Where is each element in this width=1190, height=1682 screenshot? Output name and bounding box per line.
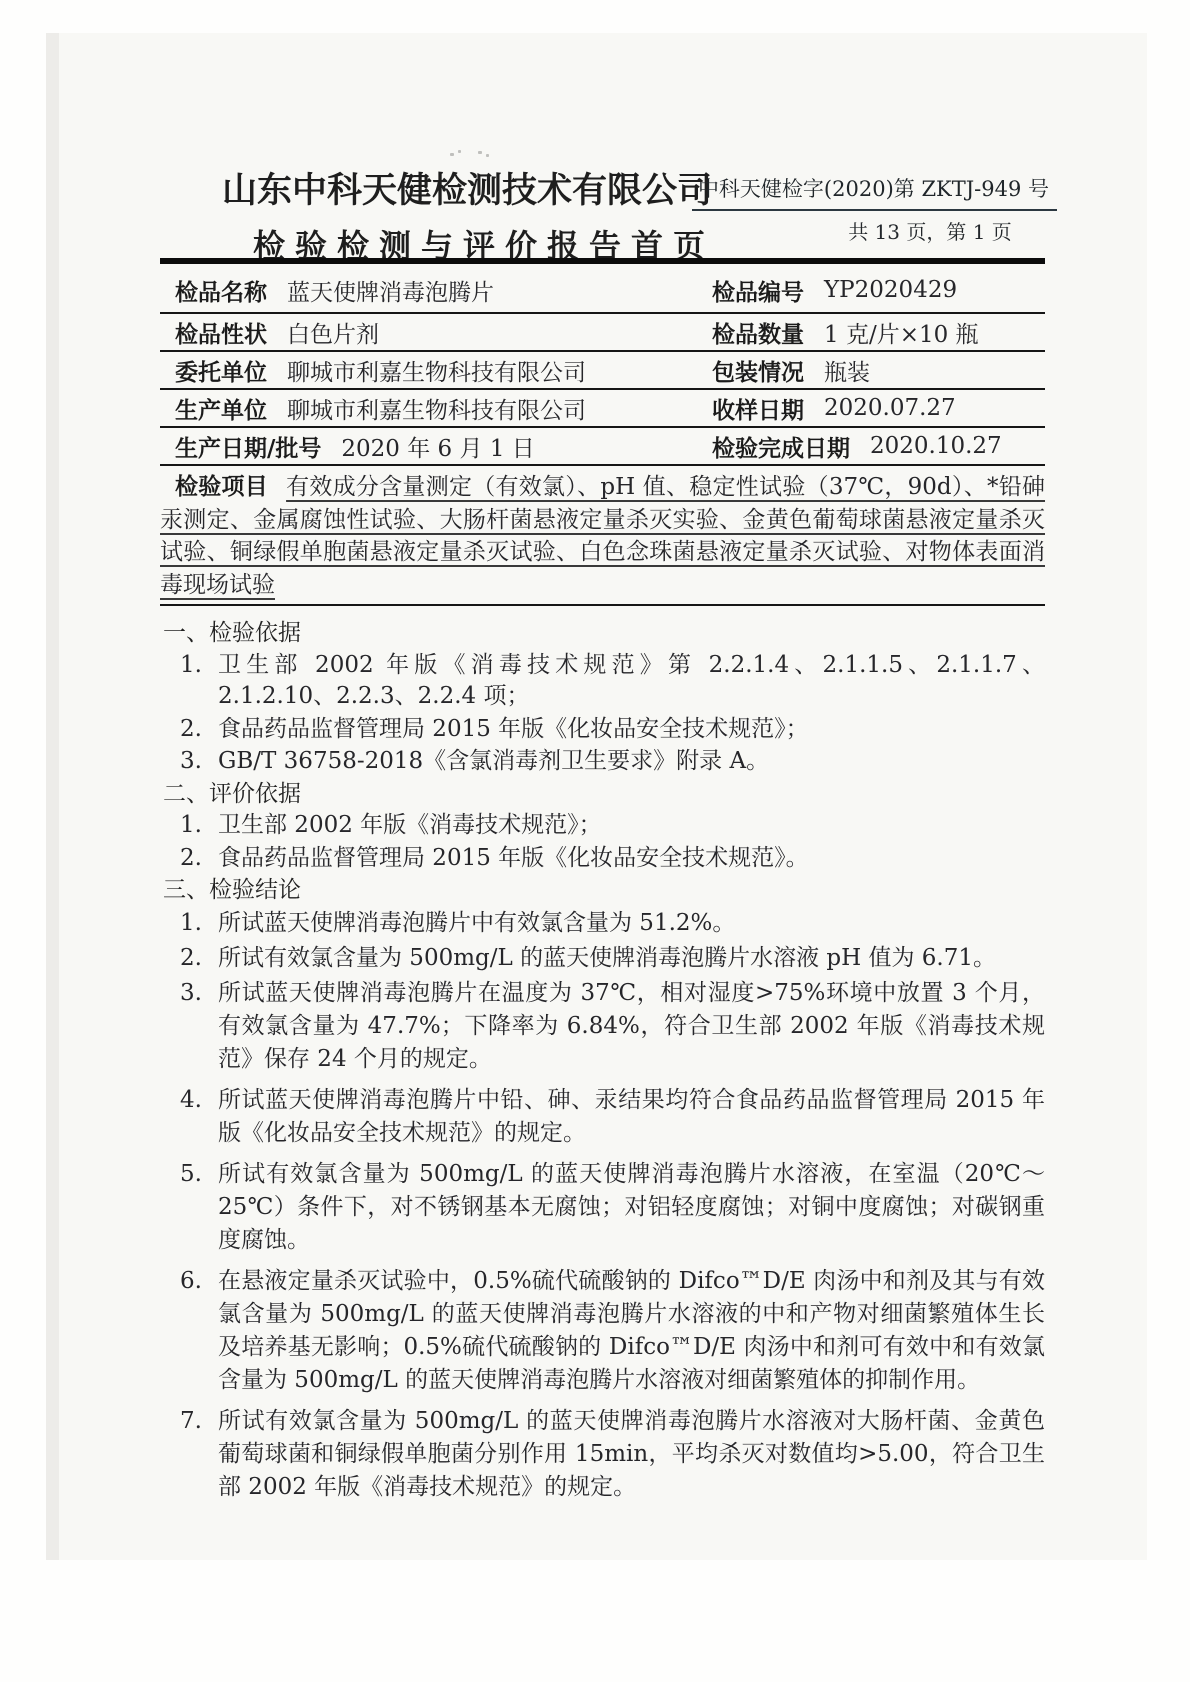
field-value: 聊城市利嘉生物科技有限公司: [287, 392, 586, 425]
company-name: 山东中科天健检测技术有限公司: [222, 163, 702, 213]
table-cell: 收样日期 2020.07.27: [712, 392, 1045, 425]
section-heading: 一、检验依据: [160, 618, 1045, 650]
list-item: 1. 卫生部 2002 年版《消毒技术规范》第 2.2.1.4、2.1.1.5、…: [180, 650, 1045, 713]
section-test-conclusion: 三、检验结论 1. 所试蓝天使牌消毒泡腾片中有效氯含量为 51.2%。 2. 所…: [160, 875, 1045, 1504]
field-label: 检验项目: [160, 473, 268, 500]
report-sections: 一、检验依据 1. 卫生部 2002 年版《消毒技术规范》第 2.2.1.4、2…: [160, 618, 1045, 1504]
field-label: 检品性状: [175, 316, 267, 349]
item-number: 2.: [180, 843, 218, 875]
item-text: GB/T 36758-2018《含氯消毒剂卫生要求》附录 A。: [218, 746, 1045, 778]
table-cell: 检品编号 YP2020429: [712, 274, 1045, 307]
item-text: 食品药品监督管理局 2015 年版《化妆品安全技术规范》。: [218, 843, 1045, 875]
scanned-report-page: 山东中科天健检测技术有限公司 中科天健检字(2020)第 ZKTJ-949 号 …: [46, 33, 1147, 1560]
field-label: 包装情况: [712, 354, 804, 387]
list-item: 3. 所试蓝天使牌消毒泡腾片在温度为 37℃，相对湿度>75%环境中放置 3 个…: [180, 977, 1045, 1076]
list-item: 1. 所试蓝天使牌消毒泡腾片中有效氯含量为 51.2%。: [180, 907, 1045, 940]
list-item: 2. 所试有效氯含量为 500mg/L 的蓝天使牌消毒泡腾片水溶液 pH 值为 …: [180, 942, 1045, 975]
list-item: 6. 在悬液定量杀灭试验中，0.5%硫代硫酸钠的 Difco™D/E 肉汤中和剂…: [180, 1265, 1045, 1397]
table-row: 生产日期/批号 2020 年 6 月 1 日 检验完成日期 2020.10.27: [160, 428, 1045, 466]
table-row: 检品名称 蓝天使牌消毒泡腾片 检品编号 YP2020429: [160, 268, 1045, 314]
item-text: 所试蓝天使牌消毒泡腾片中有效氯含量为 51.2%。: [218, 907, 1045, 940]
field-value: 2020.10.27: [870, 433, 1002, 459]
field-label: 检品编号: [712, 274, 804, 307]
item-number: 2.: [180, 942, 218, 975]
item-text: 所试蓝天使牌消毒泡腾片在温度为 37℃，相对湿度>75%环境中放置 3 个月，有…: [218, 977, 1045, 1076]
field-value: 2020 年 6 月 1 日: [341, 430, 534, 463]
field-value: 蓝天使牌消毒泡腾片: [287, 274, 494, 307]
table-cell: 检品数量 1 克/片×10 瓶: [712, 316, 1045, 349]
table-cell: 检验完成日期 2020.10.27: [712, 430, 1045, 463]
field-label: 检验完成日期: [712, 430, 850, 463]
item-number: 1.: [180, 810, 218, 842]
header-rule: [160, 258, 1045, 264]
list-item: 2. 食品药品监督管理局 2015 年版《化妆品安全技术规范》；: [180, 714, 1045, 746]
table-cell: 包装情况 瓶装: [712, 354, 1045, 387]
item-text: 卫生部 2002 年版《消毒技术规范》第 2.2.1.4、2.1.1.5、2.1…: [218, 650, 1045, 713]
field-label: 收样日期: [712, 392, 804, 425]
list-item: 4. 所试蓝天使牌消毒泡腾片中铅、砷、汞结果均符合食品药品监督管理局 2015 …: [180, 1084, 1045, 1150]
section-heading: 三、检验结论: [160, 875, 1045, 907]
table-row: 检品性状 白色片剂 检品数量 1 克/片×10 瓶: [160, 314, 1045, 352]
list-item: 2. 食品药品监督管理局 2015 年版《化妆品安全技术规范》。: [180, 843, 1045, 875]
item-number: 1.: [180, 907, 218, 940]
table-cell: 检品名称 蓝天使牌消毒泡腾片: [160, 274, 712, 307]
section-heading: 二、评价依据: [160, 779, 1045, 811]
table-row: 生产单位 聊城市利嘉生物科技有限公司 收样日期 2020.07.27: [160, 390, 1045, 428]
field-value: 白色片剂: [287, 316, 379, 349]
field-label: 生产日期/批号: [175, 430, 321, 463]
field-value: 2020.07.27: [824, 395, 956, 421]
field-value: 1 克/片×10 瓶: [824, 316, 979, 349]
item-number: 2.: [180, 714, 218, 746]
list-item: 3. GB/T 36758-2018《含氯消毒剂卫生要求》附录 A。: [180, 746, 1045, 778]
section-evaluation-basis: 二、评价依据 1. 卫生部 2002 年版《消毒技术规范》； 2. 食品药品监督…: [160, 779, 1045, 875]
list-item: 7. 所试有效氯含量为 500mg/L 的蓝天使牌消毒泡腾片水溶液对大肠杆菌、金…: [180, 1405, 1045, 1504]
item-text: 所试蓝天使牌消毒泡腾片中铅、砷、汞结果均符合食品药品监督管理局 2015 年版《…: [218, 1084, 1045, 1150]
field-value: 聊城市利嘉生物科技有限公司: [287, 354, 586, 387]
item-number: 6.: [180, 1265, 218, 1397]
item-text: 食品药品监督管理局 2015 年版《化妆品安全技术规范》；: [218, 714, 1045, 746]
item-number: 7.: [180, 1405, 218, 1504]
table-cell: 检品性状 白色片剂: [160, 316, 712, 349]
item-number: 3.: [180, 746, 218, 778]
table-cell: 生产日期/批号 2020 年 6 月 1 日: [160, 430, 712, 463]
item-number: 4.: [180, 1084, 218, 1150]
sample-info-table: 检品名称 蓝天使牌消毒泡腾片 检品编号 YP2020429 检品性状 白色片剂 …: [160, 268, 1045, 1506]
item-number: 1.: [180, 650, 218, 713]
field-label: 委托单位: [175, 354, 267, 387]
report-number: 中科天健检字(2020)第 ZKTJ-949 号: [692, 173, 1057, 211]
page-count: 共 13 页，第 1 页: [800, 216, 1060, 245]
item-text: 所试有效氯含量为 500mg/L 的蓝天使牌消毒泡腾片水溶液对大肠杆菌、金黄色葡…: [218, 1405, 1045, 1504]
test-items-text: 有效成分含量测定（有效氯）、pH 值、稳定性试验（37℃，90d）、*铅砷汞测定…: [160, 474, 1045, 598]
field-label: 生产单位: [175, 392, 267, 425]
list-item: 5. 所试有效氯含量为 500mg/L 的蓝天使牌消毒泡腾片水溶液，在室温（20…: [180, 1158, 1045, 1257]
item-number: 5.: [180, 1158, 218, 1257]
item-text: 所试有效氯含量为 500mg/L 的蓝天使牌消毒泡腾片水溶液，在室温（20℃～2…: [218, 1158, 1045, 1257]
table-cell: 生产单位 聊城市利嘉生物科技有限公司: [160, 392, 712, 425]
table-cell: 委托单位 聊城市利嘉生物科技有限公司: [160, 354, 712, 387]
list-item: 1. 卫生部 2002 年版《消毒技术规范》；: [180, 810, 1045, 842]
item-text: 所试有效氯含量为 500mg/L 的蓝天使牌消毒泡腾片水溶液 pH 值为 6.7…: [218, 942, 1045, 975]
field-label: 检品数量: [712, 316, 804, 349]
item-text: 卫生部 2002 年版《消毒技术规范》；: [218, 810, 1045, 842]
pencil-smudge-mark: [448, 147, 494, 159]
table-row: 委托单位 聊城市利嘉生物科技有限公司 包装情况 瓶装: [160, 352, 1045, 390]
section-test-basis: 一、检验依据 1. 卫生部 2002 年版《消毒技术规范》第 2.2.1.4、2…: [160, 618, 1045, 778]
item-text: 在悬液定量杀灭试验中，0.5%硫代硫酸钠的 Difco™D/E 肉汤中和剂及其与…: [218, 1265, 1045, 1397]
field-label: 检品名称: [175, 274, 267, 307]
test-items-row: 检验项目有效成分含量测定（有效氯）、pH 值、稳定性试验（37℃，90d）、*铅…: [160, 466, 1045, 606]
field-value: YP2020429: [824, 277, 957, 303]
item-number: 3.: [180, 977, 218, 1076]
field-value: 瓶装: [824, 354, 870, 387]
